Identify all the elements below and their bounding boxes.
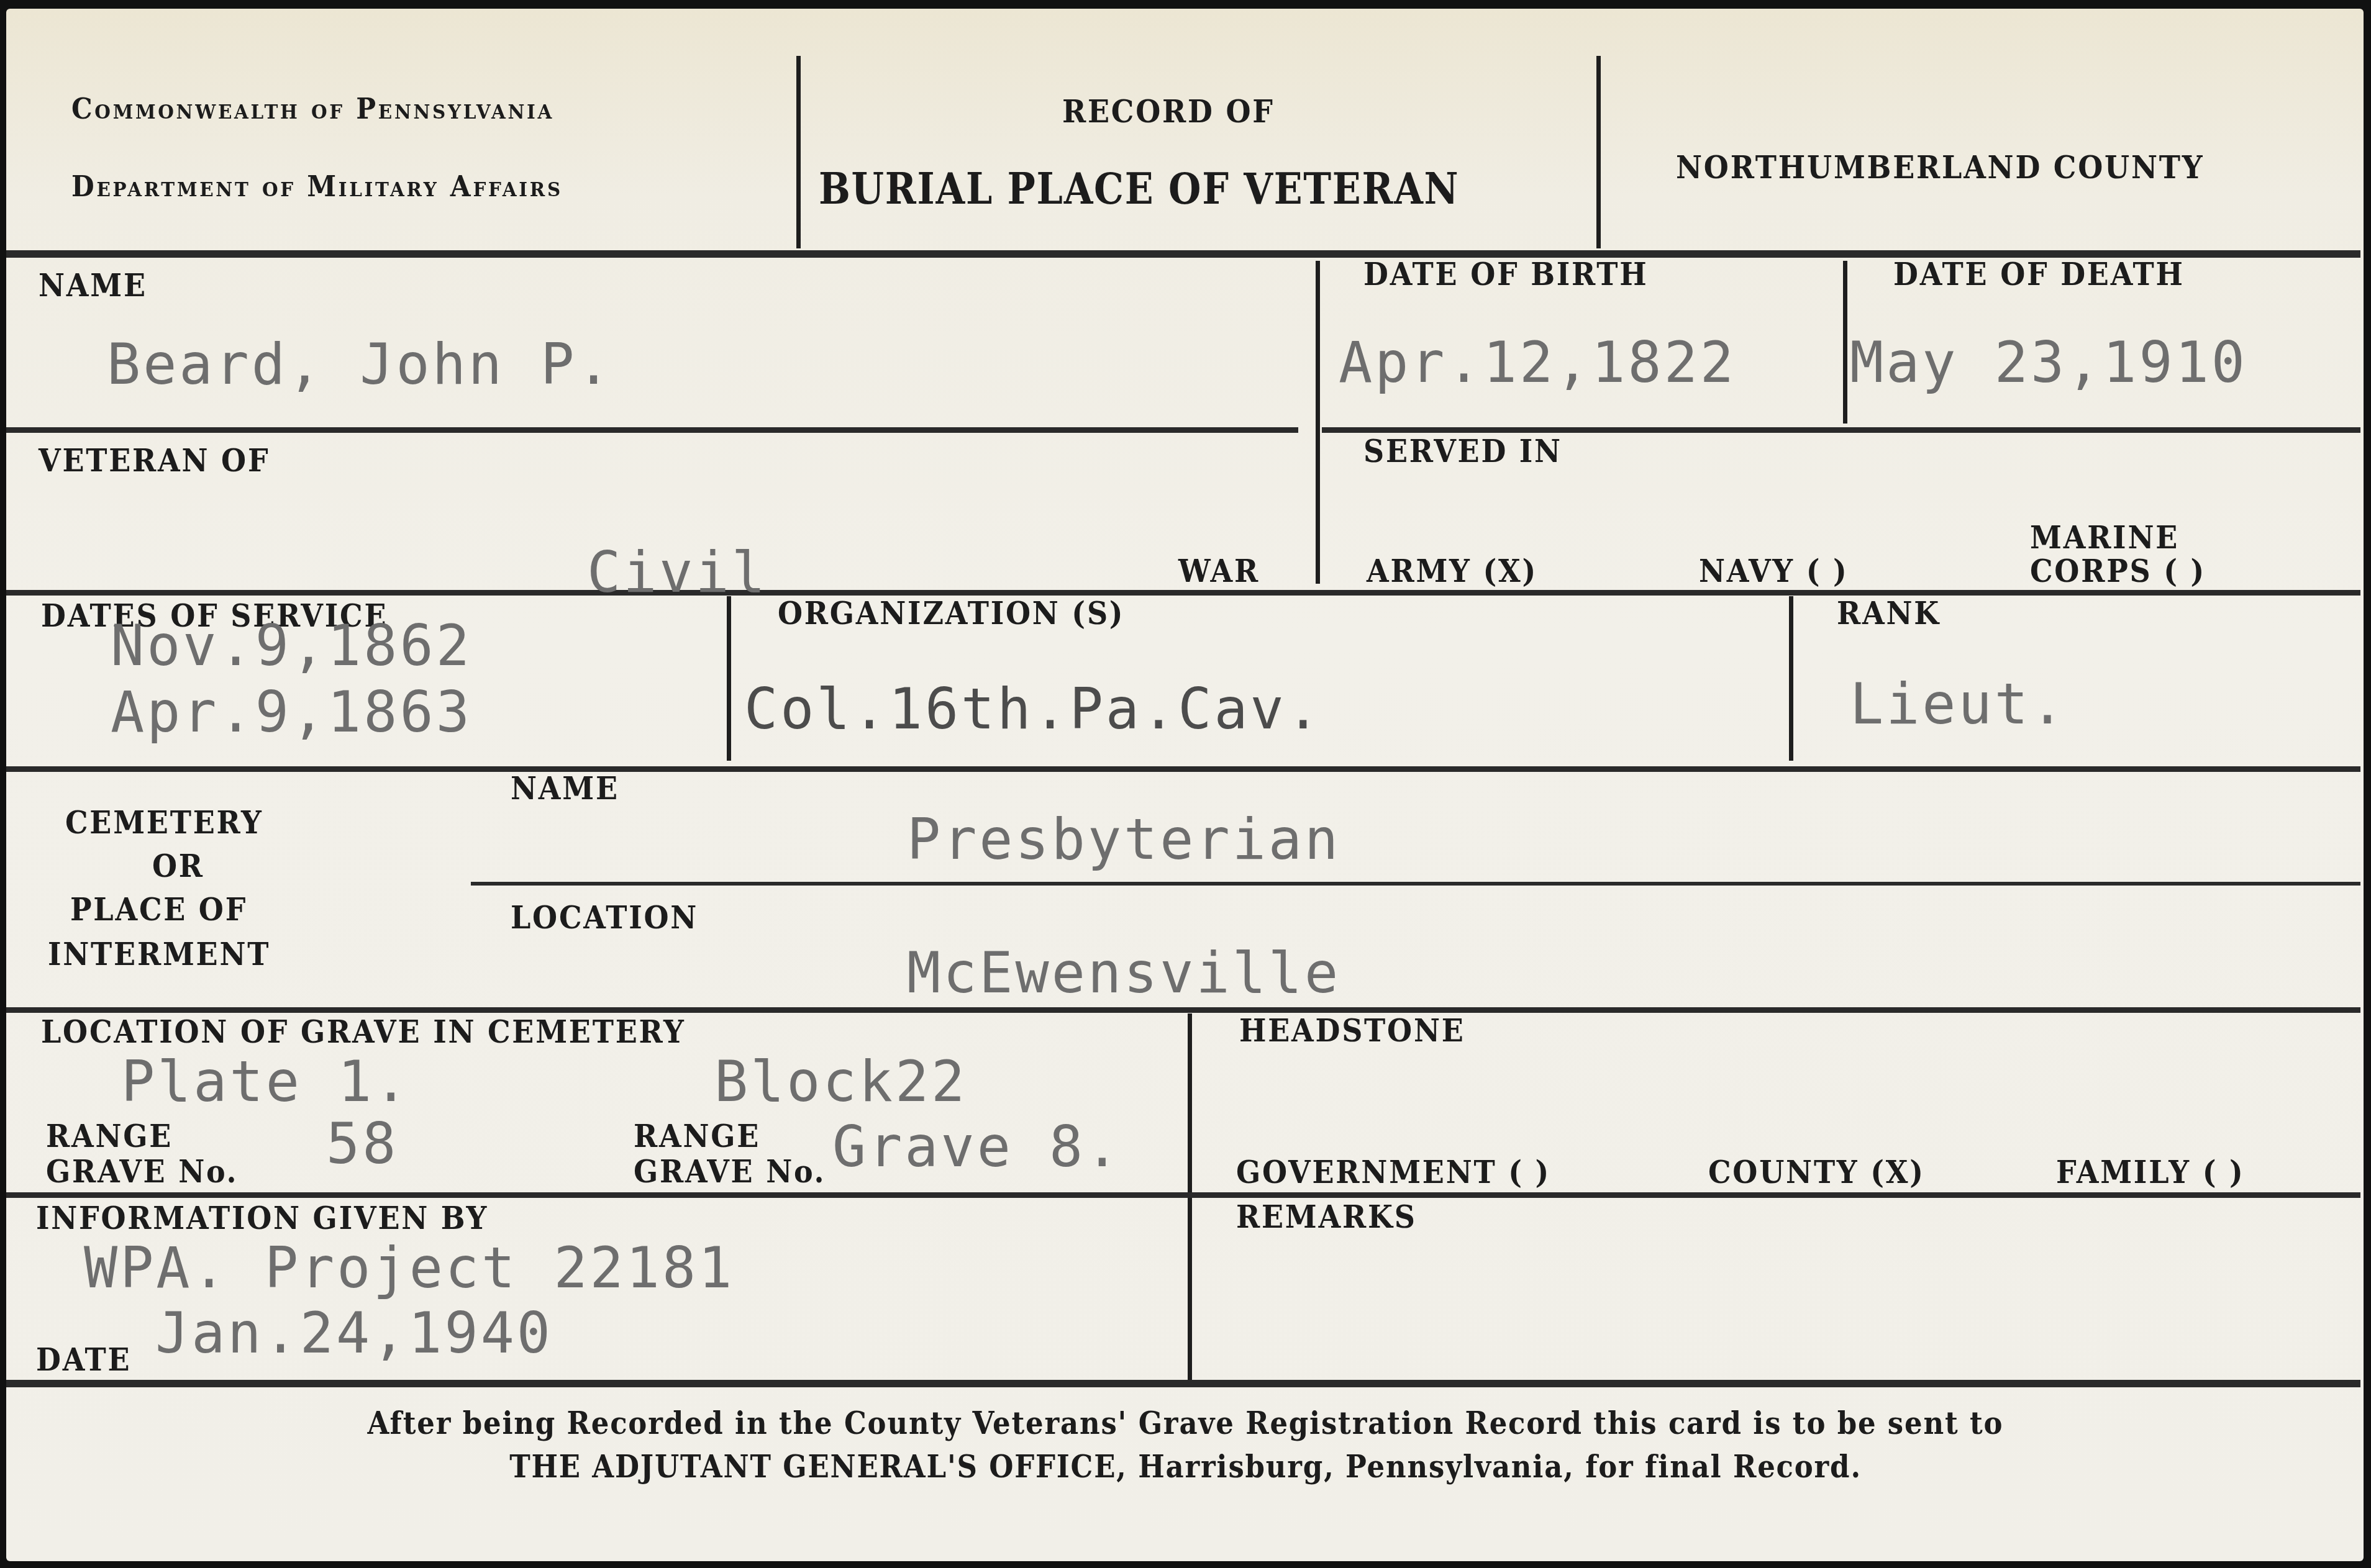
war-label: WAR [1178,553,1260,589]
dob-value: Apr.12,1822 [1339,330,1736,396]
cemetery-label-4: INTERMENT [48,936,270,972]
cemetery-location-label: LOCATION [511,899,698,936]
rank-label: RANK [1837,595,1941,632]
header-county: NORTHUMBERLAND COUNTY [1676,149,2204,186]
rule-name-bottom [6,427,1298,433]
grave-no-label-left: GRAVE No. [46,1153,238,1190]
army-option[interactable]: ARMY (X) [1367,553,1537,589]
rule-cemetery-name-bottom [471,882,2360,886]
cemetery-name-value: Presbyterian [907,807,1340,872]
header-record-of: RECORD OF [1062,93,1275,130]
block-value: Block22 [714,1049,967,1115]
cemetery-name-label: NAME [511,770,619,807]
header-burial-place-title: BURIAL PLACE OF VETERAN [819,163,1459,214]
dob-label: DATE OF BIRTH [1363,256,1649,292]
range-grave-right-value: Grave 8. [832,1115,1121,1180]
header-department: Department of Military Affairs [71,170,563,203]
range-label-left: RANGE [46,1118,173,1154]
range-grave-left-value: 58 [326,1112,398,1177]
grave-location-label: LOCATION OF GRAVE IN CEMETERY [41,1013,686,1050]
divider-name-dob [1316,261,1320,584]
information-date-value: Jan.24,1940 [155,1301,553,1366]
rule-grave-bottom [6,1192,2360,1198]
navy-option[interactable]: NAVY ( ) [1699,553,1849,589]
veteran-of-label: VETERAN OF [39,442,270,479]
rank-value: Lieut. [1850,672,2067,737]
served-in-label: SERVED IN [1363,433,1562,469]
divider-dob-dod [1843,261,1847,424]
rule-veteran-bottom [6,590,2360,596]
cemetery-label-1: CEMETERY [65,804,263,841]
footer-instruction-line1: After being Recorded in the County Veter… [119,1405,2252,1441]
footer-instruction-line2: THE ADJUTANT GENERAL'S OFFICE, Harrisbur… [119,1448,2252,1485]
rule-service-bottom [6,766,2360,772]
name-value: Beard, John P. [107,332,613,397]
service-from-value: Nov.9,1862 [111,614,472,679]
divider-org-rank [1789,596,1793,761]
service-to-value: Apr.9,1863 [111,680,472,745]
headstone-label: HEADSTONE [1239,1012,1465,1049]
rule-cemetery-bottom [6,1007,2360,1013]
divider-dates-org [727,596,731,761]
headstone-family-option[interactable]: FAMILY ( ) [2056,1154,2244,1190]
marine-label: MARINE [2030,519,2179,556]
organization-label: ORGANIZATION (S) [778,595,1124,632]
header-divider-left [796,56,801,248]
headstone-county-option[interactable]: COUNTY (X) [1708,1154,1925,1190]
war-value: Civil [587,540,768,605]
dod-label: DATE OF DEATH [1893,256,2185,292]
remarks-label: REMARKS [1236,1199,1417,1235]
plate-value: Plate 1. [121,1049,410,1115]
cemetery-location-value: McEwensville [907,941,1340,1006]
information-label: INFORMATION GIVEN BY [36,1200,488,1236]
organization-value: Col.16th.Pa.Cav. [744,677,1322,742]
grave-no-label-right: GRAVE No. [634,1153,826,1190]
information-date-label: DATE [36,1341,131,1378]
header-divider-right [1596,56,1601,248]
marine-corps-option[interactable]: CORPS ( ) [2030,553,2206,589]
name-label: NAME [39,267,147,304]
cemetery-label-3: PLACE OF [70,891,247,928]
rule-info-bottom [6,1380,2360,1387]
rule-dates-bottom [1322,427,2360,433]
cemetery-label-2: OR [152,848,204,884]
information-value: WPA. Project 22181 [84,1236,734,1301]
dod-value: May 23,1910 [1850,330,2247,396]
header-commonwealth: Commonwealth of Pennsylvania [71,92,554,125]
headstone-government-option[interactable]: GOVERNMENT ( ) [1236,1154,1550,1190]
range-label-right: RANGE [634,1118,760,1154]
